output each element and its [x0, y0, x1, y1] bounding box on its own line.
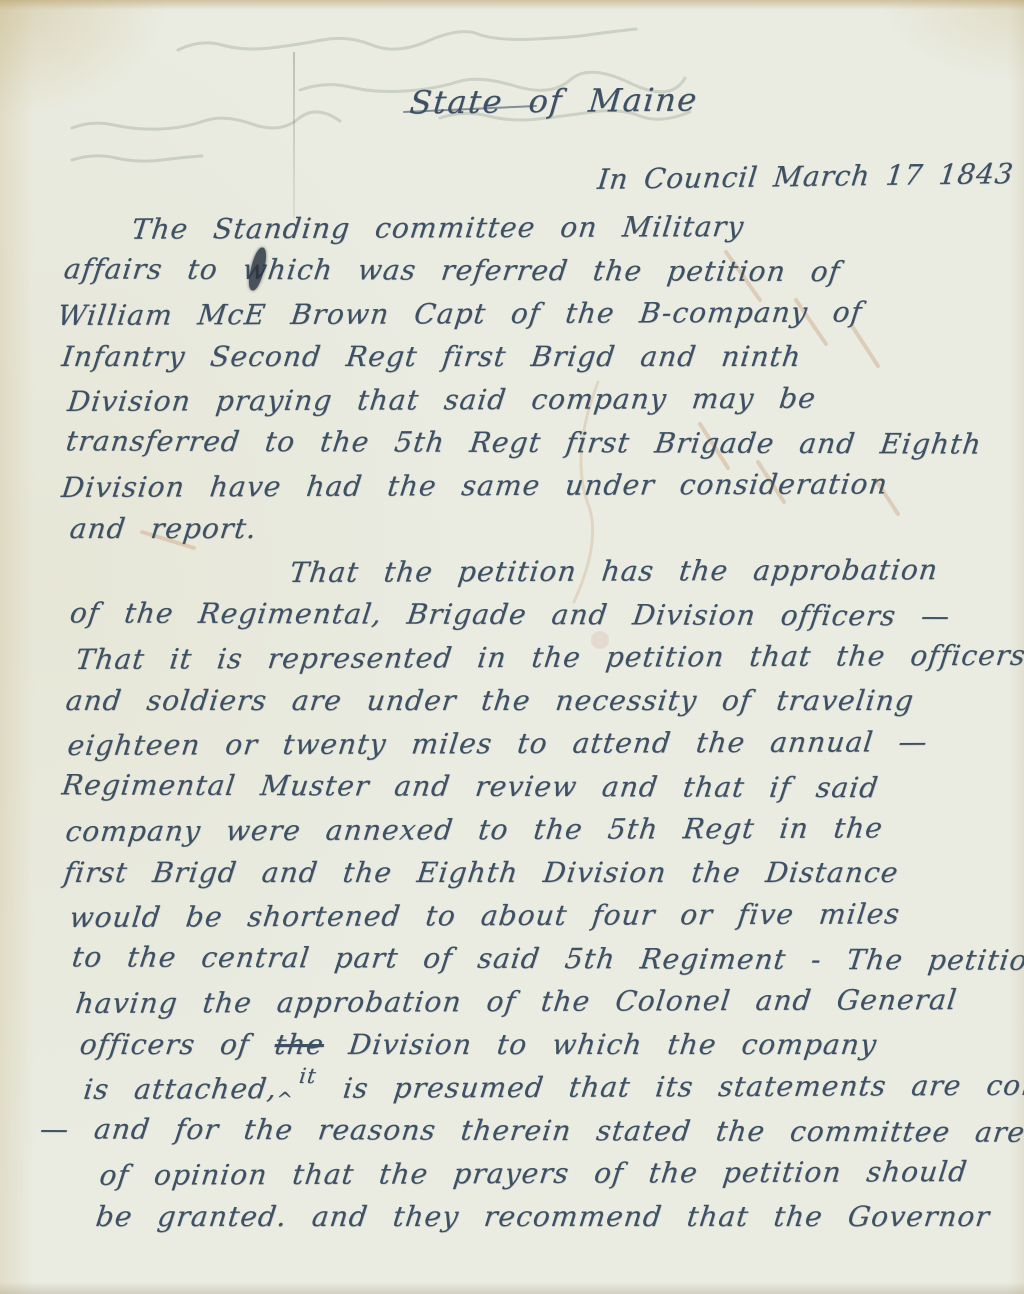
manuscript-line: Division praying that said company may b…: [37, 376, 1007, 423]
manuscript-line: Infantry Second Regt first Brigd and nin…: [37, 335, 1006, 378]
handwritten-text: That the petition has the approbation: [288, 553, 940, 589]
handwritten-text: — and for the reasons therein stated the…: [38, 1112, 1024, 1148]
manuscript-line: of the Regimental, Brigade and Division …: [37, 591, 1006, 637]
inserted-word: it: [297, 1055, 319, 1098]
manuscript-line: affairs to which was referred the petiti…: [37, 247, 1006, 293]
manuscript-line: and report.: [37, 507, 1006, 550]
handwritten-text: and soldiers are under the necessity of …: [64, 684, 916, 717]
manuscript-line: Division have had the same under conside…: [37, 462, 1007, 509]
date-line: In Council March 17 1843: [596, 157, 1015, 196]
manuscript-line: of opinion that the prayers of the petit…: [37, 1150, 1007, 1197]
manuscript-line: company were annexed to the 5th Regt in …: [37, 806, 1007, 853]
manuscript-line: That the petition has the approbation: [37, 548, 1007, 595]
handwritten-text: of opinion that the prayers of the petit…: [98, 1155, 970, 1192]
manuscript-line: to the central part of said 5th Regiment…: [37, 935, 1006, 981]
handwritten-text: Infantry Second Regt first Brigd and nin…: [60, 340, 803, 373]
manuscript-line: would be shortened to about four or five…: [37, 892, 1007, 939]
handwritten-text: would be shortened to about four or five…: [68, 897, 902, 934]
manuscript-line: be granted. and they recommend that the …: [37, 1195, 1006, 1238]
handwritten-text: and report.: [68, 512, 259, 545]
place-heading: State of Maine: [408, 80, 700, 121]
handwritten-text: affairs to which was referred the petiti…: [62, 252, 842, 288]
handwritten-text: The Standing committee on Military: [130, 210, 746, 246]
handwritten-text: Regimental Muster and review and that if…: [60, 768, 881, 804]
manuscript-line: is attached,^it is presumed that its sta…: [37, 1064, 1007, 1111]
handwritten-text: is attached,: [82, 1072, 279, 1106]
handwritten-text: is presumed that its statements are corr…: [316, 1068, 1024, 1105]
handwritten-text: company were annexed to the 5th Regt in …: [64, 811, 885, 848]
manuscript-body: The Standing committee on Militaryaffair…: [40, 206, 1004, 1238]
handwritten-text: William McE Brown Capt of the B-company …: [56, 296, 865, 333]
manuscript-line: The Standing committee on Military: [37, 204, 1007, 251]
manuscript-line: That it is represented in the petition t…: [37, 634, 1007, 681]
manuscript-line: William McE Brown Capt of the B-company …: [37, 290, 1007, 337]
handwritten-text: of the Regimental, Brigade and Division …: [68, 596, 952, 632]
manuscript-line: first Brigd and the Eighth Division the …: [37, 851, 1006, 894]
manuscript-line: having the approbation of the Colonel an…: [37, 978, 1007, 1025]
manuscript-line: eighteen or twenty miles to attend the a…: [37, 720, 1007, 767]
manuscript-line: — and for the reasons therein stated the…: [37, 1107, 1006, 1153]
handwritten-text: That it is represented in the petition t…: [74, 639, 1024, 676]
manuscript-line: and soldiers are under the necessity of …: [37, 679, 1006, 722]
manuscript-line: Regimental Muster and review and that if…: [37, 763, 1006, 809]
handwritten-text: Division praying that said company may b…: [66, 382, 818, 418]
handwritten-text: be granted. and they recommend that the …: [94, 1200, 992, 1233]
handwritten-text: having the approbation of the Colonel an…: [74, 983, 959, 1020]
manuscript-line: officers of the Division to which the co…: [37, 1023, 1006, 1066]
handwritten-text: to the central part of said 5th Regiment…: [70, 940, 1024, 976]
manuscript-line: transferred to the 5th Regt first Brigad…: [37, 419, 1006, 465]
scanned-document-page: State of Maine In Council March 17 1843 …: [0, 0, 1024, 1294]
handwritten-text: Division to which the company: [322, 1028, 879, 1061]
manuscript-content: State of Maine In Council March 17 1843 …: [0, 0, 1024, 1294]
handwritten-text: eighteen or twenty miles to attend the a…: [66, 725, 930, 762]
handwritten-text: transferred to the 5th Regt first Brigad…: [64, 424, 984, 460]
handwritten-text: officers of: [78, 1028, 277, 1061]
handwritten-text: first Brigd and the Eighth Division the …: [62, 856, 901, 889]
handwritten-text: Division have had the same under conside…: [60, 467, 890, 504]
